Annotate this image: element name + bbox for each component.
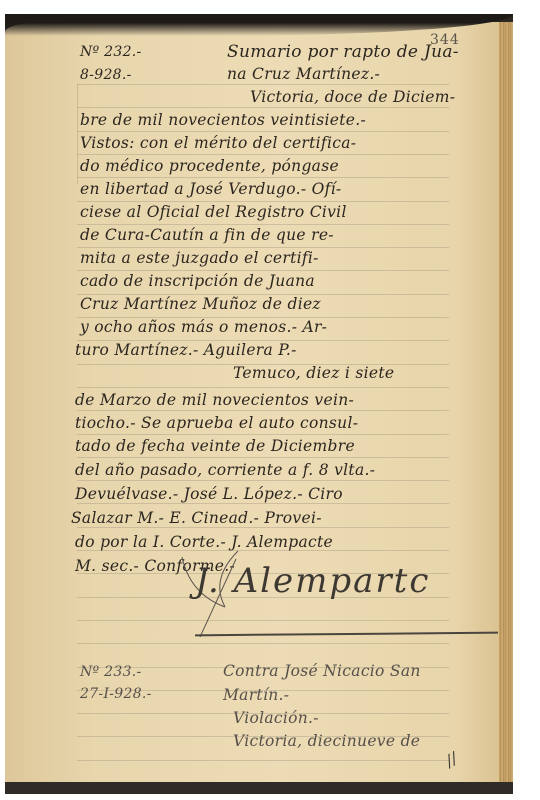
ruled-line [77,457,449,458]
ruled-line [77,131,449,132]
ruled-line [77,480,449,481]
ruled-line [77,760,449,761]
entry-body-line: cado de inscripción de Juana [80,272,315,290]
ruled-line [77,84,449,85]
entry-body-line: Victoria, diecinueve de [233,732,420,750]
entry-body-line: de Cura-Cautín a fin de que re- [80,226,334,244]
ruled-line [77,434,449,435]
entry-number: Nº 233.- [80,664,142,680]
ruled-line [77,177,449,178]
entry-body-line: do médico procedente, póngase [80,157,339,175]
signature: J. Alempartc [195,561,430,601]
entry-body-line: de Marzo de mil novecientos vein- [75,391,354,409]
entry-body-line: mita a este juzgado el certifi- [80,249,319,267]
entry-body-line: Devuélvase.- José L. López.- Ciro [75,485,343,503]
entry-body-line: ciese al Oficial del Registro Civil [80,203,347,221]
page-stack-edge [499,22,513,784]
ruled-line [77,620,449,621]
ruled-line [77,503,449,504]
entry-date: 27-I-928.- [80,686,152,702]
ruled-line [77,224,449,225]
ruled-line [77,643,449,644]
entry-body-line: Vistos: con el mérito del certifica- [80,134,356,152]
ruled-line [77,107,449,108]
entry-heading-line: Martín.- [223,686,289,704]
ruled-line [77,154,449,155]
entry-body-line: y ocho años más o menos.- Ar- [80,318,327,336]
ledger-photo: 344 Nº 232.- 8-928.- Sumario por rapto d… [5,14,513,794]
entry-body-line: turo Martínez.- Aguilera P.- [75,341,297,359]
entry-number: Nº 232.- [80,44,142,60]
entry-body-line: Temuco, diez i siete [233,364,394,382]
entry-date: 8-928.- [80,67,132,83]
entry-body-line: Victoria, doce de Diciem- [250,88,455,106]
entry-body-line: Salazar M.- E. Cinead.- Provei- [71,509,322,527]
entry-heading-line: na Cruz Martínez.- [227,65,380,83]
entry-body-line: bre de mil novecientos veintisiete.- [80,111,366,129]
entry-body-line: tado de fecha veinte de Diciembre [75,437,355,455]
entry-heading-line: Violación.- [233,709,319,727]
entry-body-line: en libertad a José Verdugo.- Ofí- [80,180,341,198]
entry-heading-line: Contra José Nicacio San [223,662,421,680]
ruled-line [77,410,449,411]
entry-body-line: tiocho.- Se aprueba el auto consul- [75,414,358,432]
ruled-line [77,201,449,202]
ruled-line [77,247,449,248]
margin-line [77,84,78,184]
entry-body-line: Cruz Martínez Muñoz de diez [80,295,321,313]
entry-body-line: del año pasado, corriente a f. 8 vlta.- [75,461,375,479]
entry-heading-line: Sumario por rapto de Jua- [227,42,459,62]
ruled-line [77,387,449,388]
